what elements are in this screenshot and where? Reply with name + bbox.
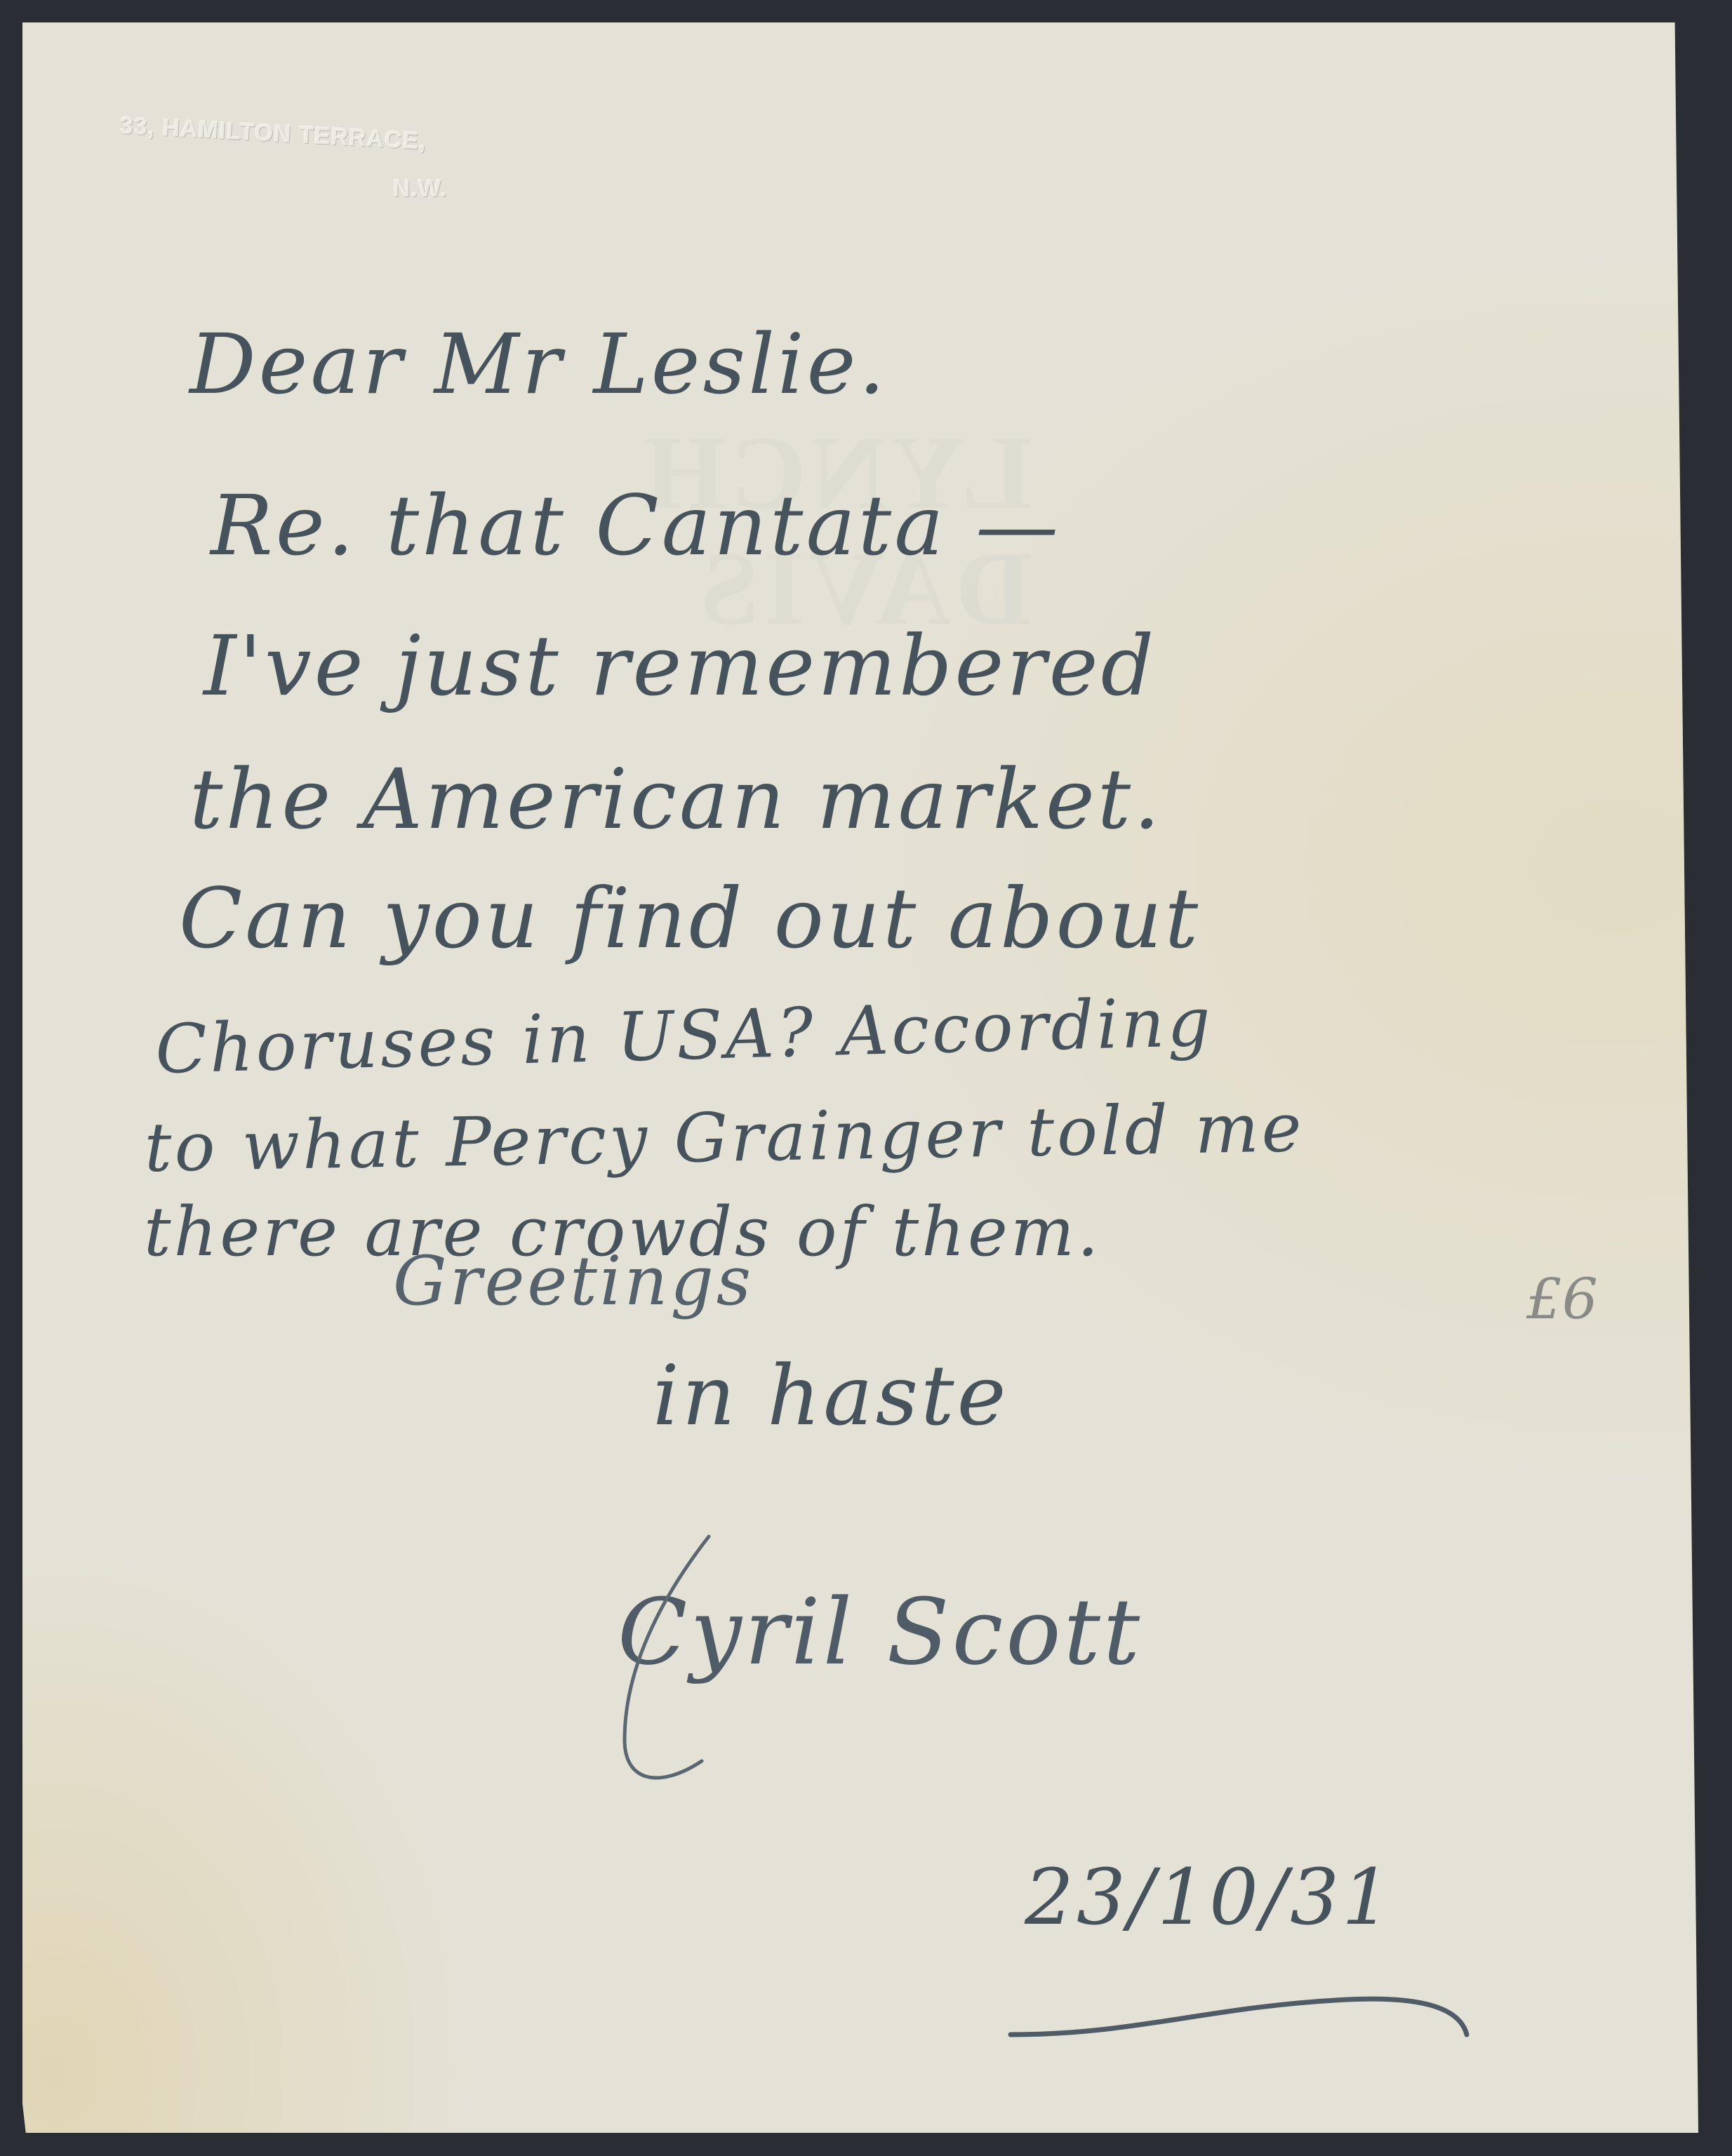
letterhead-district: N.W. xyxy=(393,175,448,203)
date: 23/10/31 xyxy=(1025,1852,1394,1942)
salutation: Dear Mr Leslie. xyxy=(189,316,888,413)
body-line: Re. that Cantata — xyxy=(211,477,1061,574)
closing-greetings: Greetings xyxy=(393,1242,754,1320)
signature-c-flourish xyxy=(604,1529,730,1810)
body-line: the American market. xyxy=(189,751,1163,848)
pencil-price-note: £6 xyxy=(1526,1266,1598,1332)
underline-flourish xyxy=(997,1964,1502,2049)
body-line: Can you find out about xyxy=(179,870,1201,967)
closing-in-haste: in haste xyxy=(653,1347,1008,1444)
body-line: I've just remembered xyxy=(204,617,1157,714)
